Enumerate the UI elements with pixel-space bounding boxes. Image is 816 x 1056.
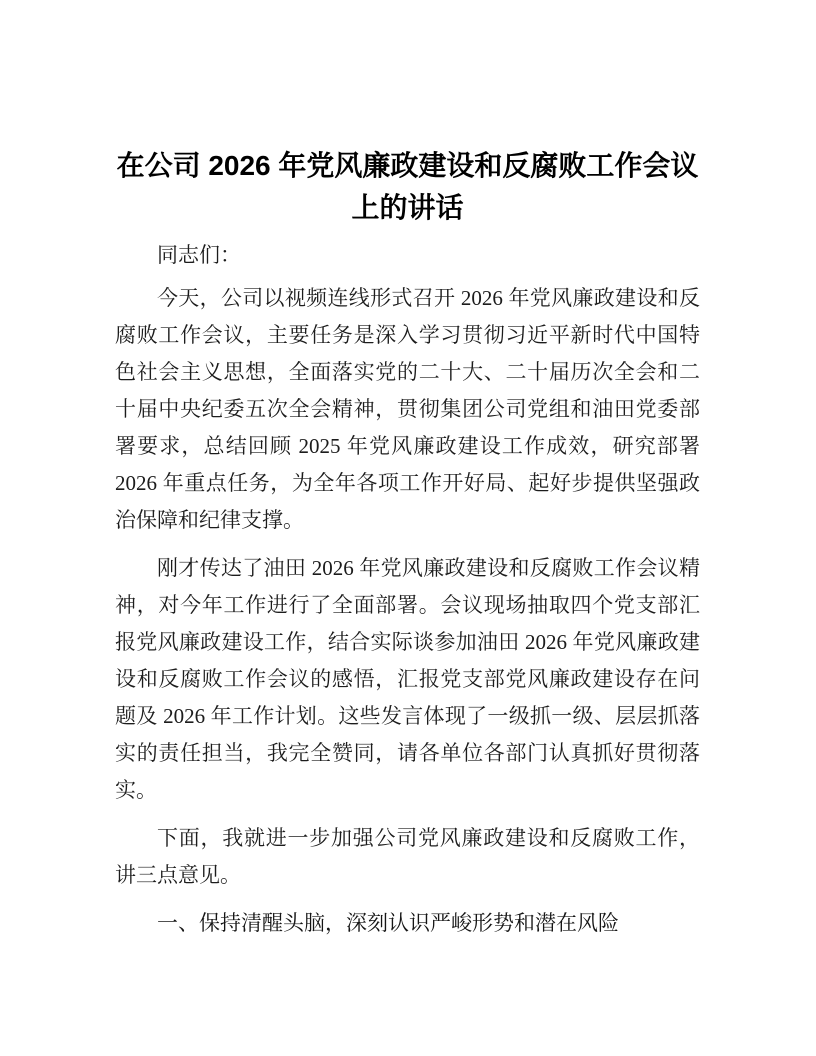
section-heading-1: 一、保持清醒头脑，深刻认识严峻形势和潜在风险	[115, 905, 700, 942]
document-title: 在公司 2026 年党风廉政建设和反腐败工作会议上的讲话	[115, 145, 700, 229]
document-page: 在公司 2026 年党风廉政建设和反腐败工作会议上的讲话 同志们： 今天，公司以…	[0, 0, 816, 1056]
paragraph-1: 今天，公司以视频连线形式召开 2026 年党风廉政建设和反腐败工作会议，主要任务…	[115, 280, 700, 539]
paragraph-2: 刚才传达了油田 2026 年党风廉政建设和反腐败工作会议精神，对今年工作进行了全…	[115, 550, 700, 809]
salutation: 同志们：	[115, 237, 700, 274]
paragraph-3: 下面，我就进一步加强公司党风廉政建设和反腐败工作，讲三点意见。	[115, 820, 700, 894]
